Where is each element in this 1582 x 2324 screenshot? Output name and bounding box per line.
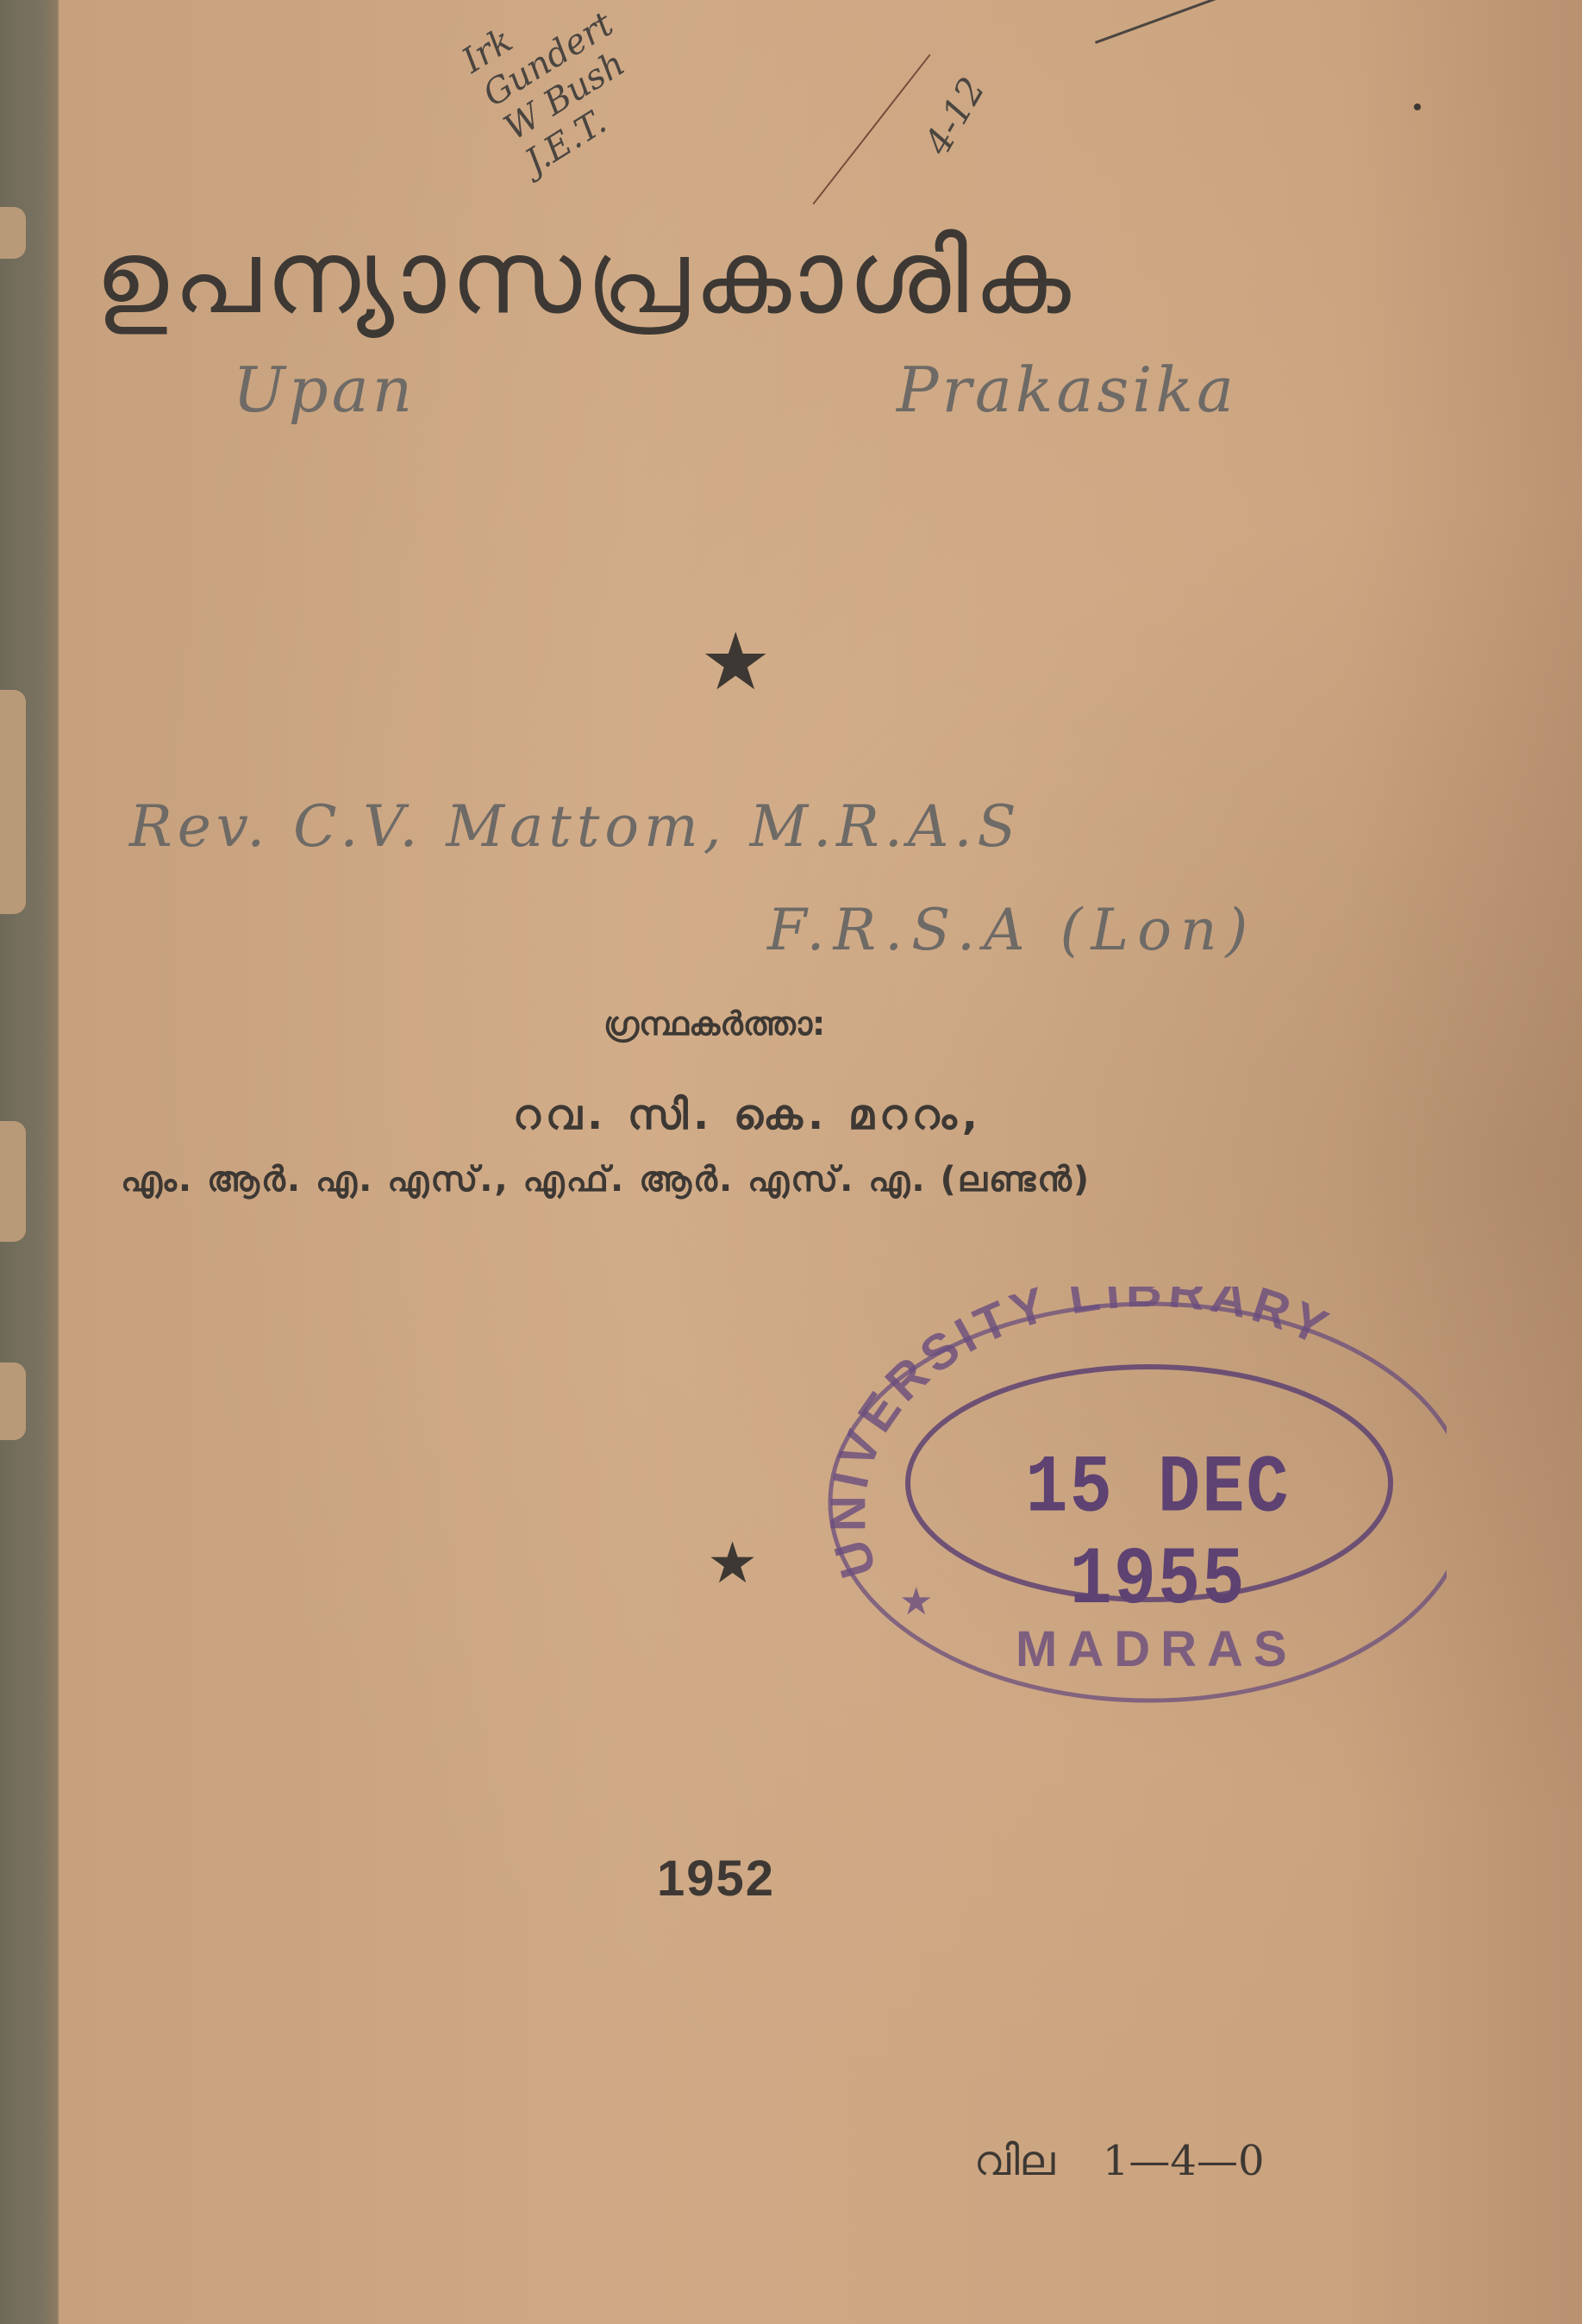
handwritten-slash [812,54,930,205]
handwritten-date: 4-12 [916,70,993,161]
pencil-author-line2: F.R.S.A (Lon) [767,897,1256,963]
publication-year: 1952 [657,1850,775,1907]
pencil-author-line1: Rev. C.V. Mattom, M.R.A.S [129,793,1022,860]
stamp-bottom-text: MADRAS [1016,1621,1297,1677]
star-ornament-icon: ★ [700,623,771,702]
price-value: 1—4—0 [1103,2137,1265,2185]
handwritten-note-top: Irk Gundert W Bush J.E.T. [455,0,1086,216]
price-row: വില 1—4—0 [974,2137,1265,2186]
spine-tear [0,690,26,914]
author-credentials: എം. ആർ. എ. എസ്., എഫ്. ആർ. എസ്. എ. (ലണ്ടൻ… [121,1160,1091,1200]
library-stamp: UNIVERSITY LIBRARY MADRAS ★ 15 DEC 1955 [817,1287,1447,1718]
pencil-translit-left: Upan [233,354,416,426]
author-name: റവ. സി. കെ. മററം, [513,1091,983,1140]
book-title: ഉപന്യാസപ്രകാശിക [95,226,1440,328]
author-name-row: റവ. സി. കെ. മററം, [0,1091,1582,1140]
pencil-translit-right: Prakasika [897,354,1237,426]
star-ornament-icon: ★ [707,1535,758,1592]
book-spine-binding [0,0,59,2324]
stamp-date: 15 DEC 1955 [955,1443,1360,1627]
stamp-star-icon: ★ [899,1580,933,1624]
handwritten-swash [1095,0,1234,44]
price-label: വില [974,2137,1055,2185]
spine-tear [0,1362,26,1440]
spine-tear [0,207,26,259]
ink-dot [1414,103,1421,110]
author-label: ഗ്രന്ഥകർത്താ: [603,1005,825,1043]
title-page: Irk Gundert W Bush J.E.T. 4-12 ഉപന്യാസപ്… [0,0,1582,2324]
